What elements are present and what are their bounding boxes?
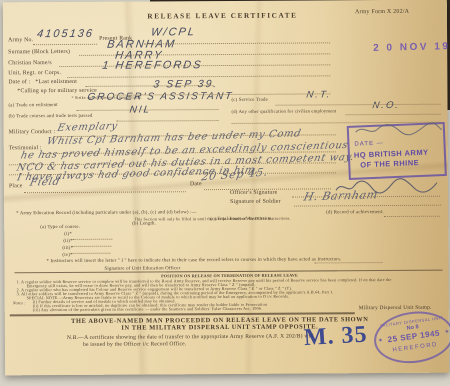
dotted-leader-line [72,238,112,240]
service-trade-label: (c) Service Trade [231,98,267,103]
soldier-signature-label: Signature of Soldier [230,199,281,205]
star-icon: ✶ [378,337,384,345]
dotted-leader-line [144,41,330,44]
dotted-leader-line [384,215,440,217]
dotted-leader-line [79,52,330,56]
christian-name-label: Christian Name/s [8,60,52,66]
military-conduct-label: Military Conduct : [9,129,56,135]
service-trade-value: N.T. [306,89,333,100]
army-no-value: 4105136 [36,28,94,40]
terms-note: (iii) Any alteration of the particulars … [33,306,263,312]
other-qualification-label: (d) Any other qualification for civilian… [232,108,337,114]
surname-label: Surname (Block Letters) [8,49,70,55]
dotted-leader-line [77,108,219,111]
dotted-leader-line [24,190,186,193]
certificate-paper: RELEASE LEAVE CERTIFICATE Army Form X 20… [3,0,449,375]
education-row-i: (i)* [64,232,72,237]
handwriting-over-stamp [354,122,444,139]
officer-signature-label: Officer's Signature [230,190,277,196]
education-row-ii: (ii)* [63,239,72,244]
stamp-date-label: DATE — [354,140,383,147]
last-enlistment-label: *Last enlistment [35,79,77,85]
scanner-bed [0,374,450,386]
dotted-leader-line [33,43,97,45]
education-col-b: (b) Length. [132,221,156,226]
nb-line1: N.B.—A certificate showing the date of t… [67,333,314,341]
army-no-label: Army No. [8,37,33,43]
form-number: Army Form X 202/A [355,9,409,15]
m35-marking: M. 35 [303,321,368,352]
terms-notes-label: Notes : [13,300,26,305]
place-value: Field [29,176,62,189]
dotted-leader-line [314,261,382,263]
military-conduct-value: Exemplary [56,121,118,134]
star-icon: ✶ [444,328,450,336]
dotted-leader-line [346,113,441,116]
calling-up-label: *Calling up for military service [17,88,97,94]
education-col-c: (c) Total hours of Instruction. [210,217,273,222]
trade-enlistment-label: (a) Trade on enlistment [8,103,57,108]
document-title: RELEASE LEAVE CERTIFICATE [115,11,330,20]
dispersal-stamp-label: Military Dispersal Unit Stamp. [359,305,432,311]
dotted-leader-line [275,103,440,106]
trade-courses-label: (b) Trade courses and trade tests passed [9,114,93,120]
other-qualification-value: N.O. [372,100,401,111]
nb-line2: be issued by the Officer i/c Record Offi… [83,341,186,348]
instructors-note: * Instructors will insert the letter " I… [46,257,341,264]
education-col-d: (d) Record of achievement. [326,210,384,215]
stamp-line2: OF THE RHINE [360,158,419,169]
military-dispersal-unit-stamp: MILITARY DISPERSAL UNIT No 8 25 SEP 1945… [371,307,450,368]
scanned-document-frame: RELEASE LEAVE CERTIFICATE Army Form X 20… [0,0,450,386]
dotted-leader-line [117,119,219,122]
received-date-stamp: 2 0 NOV 1945 [373,41,450,54]
education-col-a: (a) Type of course. [40,225,80,230]
dotted-leader-line [71,245,111,247]
dotted-leader-line [294,204,441,207]
dotted-leader-line [70,252,110,254]
rank-value: W/CPL [150,26,196,38]
unit-label: Unit, Regt. or Corps. [8,70,61,76]
date-of-label: Date of : [8,79,30,85]
place-label: Place [9,183,23,189]
